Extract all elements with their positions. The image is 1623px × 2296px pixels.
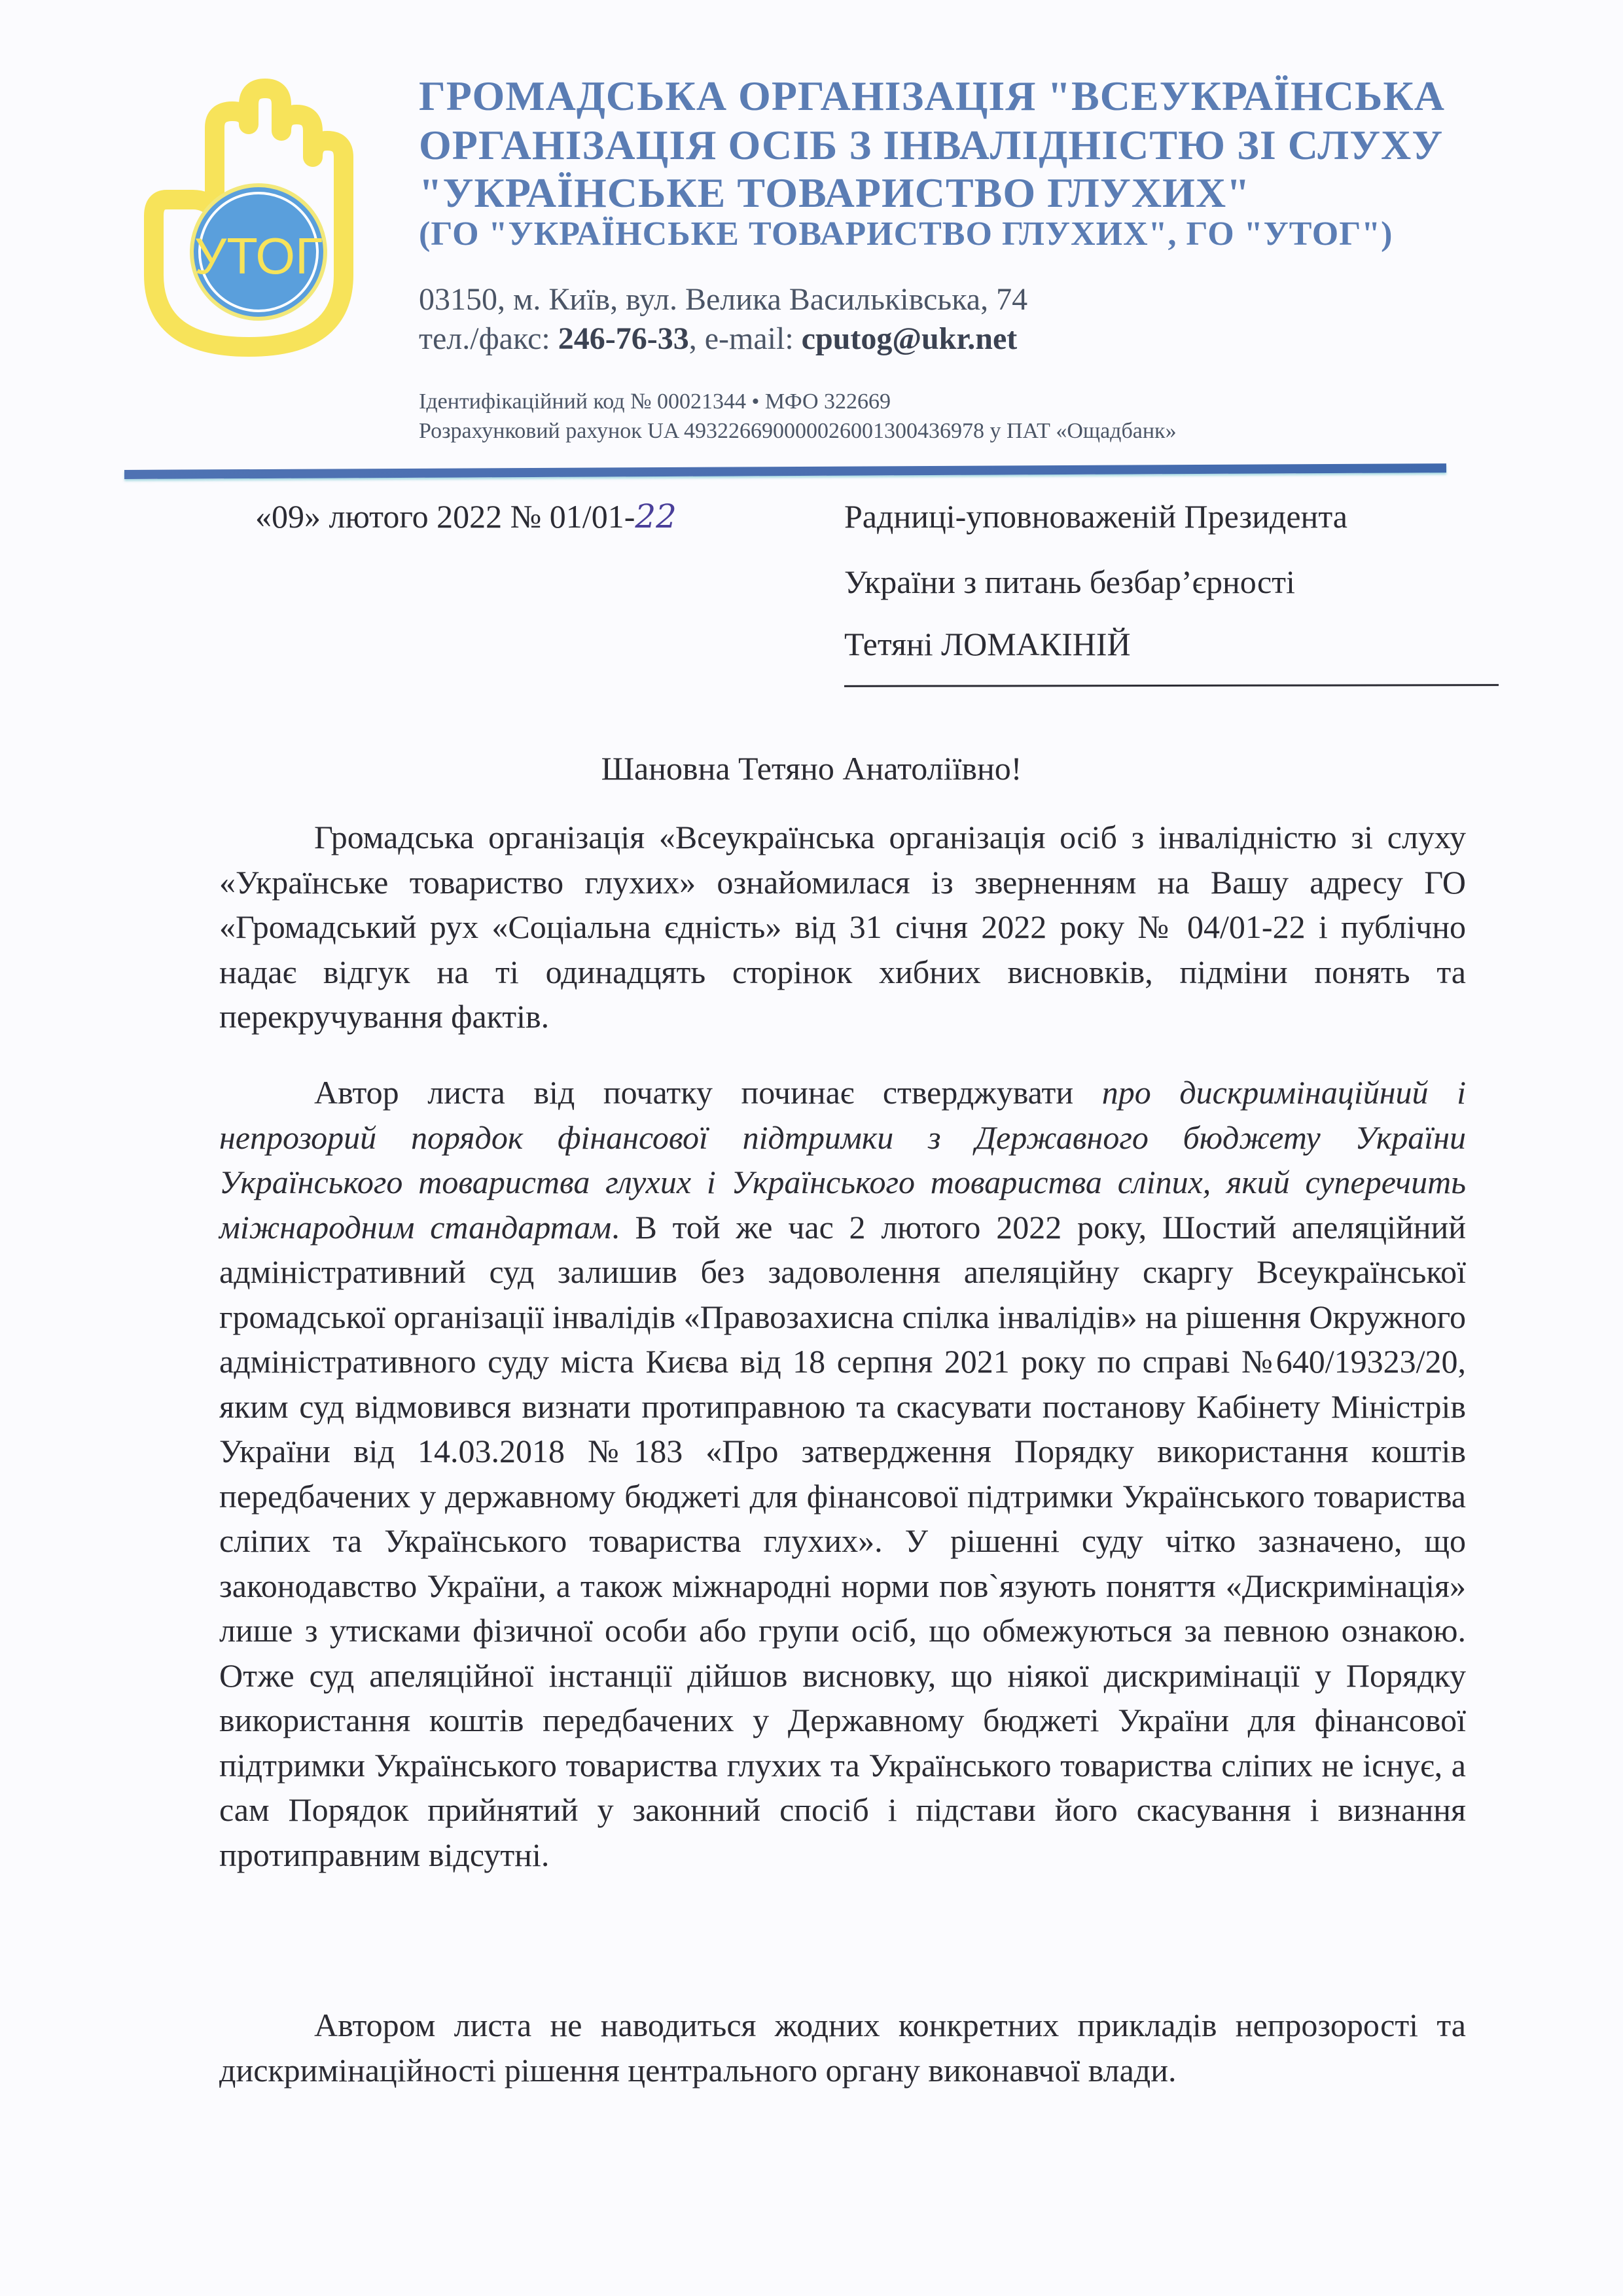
paragraph-2-rest: . В той же час 2 лютого 2022 року, Шости… xyxy=(219,1209,1466,1873)
phone-label: тел./факс: xyxy=(419,321,558,356)
org-name-short: (ГО "УКРАЇНСЬКЕ ТОВАРИСТВО ГЛУХИХ", ГО "… xyxy=(419,215,1393,253)
recipient-line-3: Тетяні ЛОМАКІНІЙ xyxy=(844,625,1131,663)
salutation: Шановна Тетяно Анатоліївно! xyxy=(0,749,1623,787)
reference-handwritten: 22 xyxy=(635,497,677,535)
header-divider xyxy=(124,463,1446,479)
id-code-line: Ідентифікаційний код № 00021344 • МФО 32… xyxy=(419,389,891,414)
outgoing-reference: «09» лютого 2022 № 01/01-22 xyxy=(255,497,677,535)
body-paragraph-2: Автор листа від початку починає стверджу… xyxy=(219,1070,1466,1877)
org-name-line-2: ОРГАНІЗАЦІЯ ОСІБ З ІНВАЛІДНІСТЮ ЗІ СЛУХУ xyxy=(419,121,1443,170)
svg-text:УТОГ: УТОГ xyxy=(194,227,323,285)
phone-number: 246-76-33 xyxy=(558,321,689,356)
reference-printed: «09» лютого 2022 № 01/01- xyxy=(255,498,635,535)
email-label: , e-mail: xyxy=(689,321,802,356)
org-name-line-3: "УКРАЇНСЬКЕ ТОВАРИСТВО ГЛУХИХ" xyxy=(419,169,1251,217)
utog-logo: УТОГ xyxy=(128,79,370,360)
bank-account-line: Розрахунковий рахунок UA 493226690000026… xyxy=(419,419,1177,444)
org-contacts: тел./факс: 246-76-33, e-mail: cputog@ukr… xyxy=(419,321,1017,357)
raised-hand-icon: УТОГ xyxy=(128,79,370,360)
paragraph-2-intro: Автор листа від початку починає стверджу… xyxy=(314,1074,1102,1111)
org-address: 03150, м. Київ, вул. Велика Васильківськ… xyxy=(419,281,1027,317)
recipient-line-2: України з питань безбар’єрності xyxy=(844,563,1295,601)
email-address[interactable]: cputog@ukr.net xyxy=(802,321,1018,356)
body-paragraph-3: Автором листа не наводиться жодних конкр… xyxy=(219,2003,1466,2092)
body-paragraph-1: Громадська організація «Всеукраїнська ор… xyxy=(219,815,1466,1039)
recipient-underline xyxy=(844,684,1499,687)
org-name-line-1: ГРОМАДСЬКА ОРГАНІЗАЦІЯ "ВСЕУКРАЇНСЬКА xyxy=(419,72,1445,120)
recipient-line-1: Радниці-уповноваженій Президента xyxy=(844,497,1347,535)
